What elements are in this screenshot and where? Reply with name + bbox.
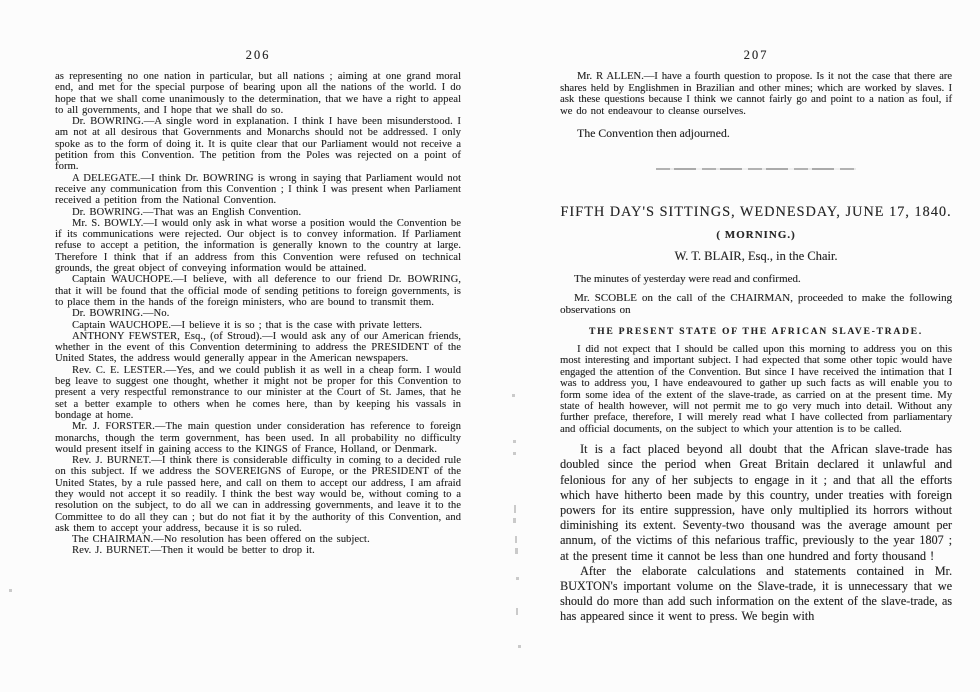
scan-artifact bbox=[518, 645, 521, 648]
scan-artifact bbox=[513, 452, 516, 455]
scan-artifact bbox=[514, 505, 516, 513]
scan-artifact bbox=[513, 518, 516, 523]
scan-artifact bbox=[9, 589, 12, 592]
adjournment-line: The Convention then adjourned. bbox=[560, 126, 952, 141]
speech-paragraph-burnet-2: Rev. J. BURNET.—Then it would be better … bbox=[55, 545, 461, 556]
scan-artifact bbox=[512, 394, 515, 397]
scan-artifact bbox=[516, 577, 519, 580]
speech-paragraph-fewster: ANTHONY FEWSTER, Esq., (of Stroud).—I wo… bbox=[55, 331, 461, 365]
speech-paragraph-chairman: The CHAIRMAN.—No resolution has been off… bbox=[55, 534, 461, 545]
scan-artifact bbox=[515, 548, 518, 554]
speech-paragraph-burnet-1: Rev. J. BURNET.—I think there is conside… bbox=[55, 455, 461, 534]
speech-paragraph-bowring-3: Dr. BOWRING.—No. bbox=[55, 308, 461, 319]
left-page: 206 as representing no one nation in par… bbox=[55, 48, 461, 557]
speech-paragraph-delegate: A DELEGATE.—I think Dr. BOWRING is wrong… bbox=[55, 173, 461, 207]
scoble-intro-line: Mr. SCOBLE on the call of the CHAIRMAN, … bbox=[560, 292, 952, 316]
minutes-line: The minutes of yesterday were read and c… bbox=[560, 273, 952, 285]
scan-artifact bbox=[515, 536, 517, 543]
speech-paragraph-bowring-2: Dr. BOWRING.—That was an English Convent… bbox=[55, 207, 461, 218]
speech-paragraph-bowring-1: Dr. BOWRING.—A single word in explanatio… bbox=[55, 116, 461, 172]
page-number-right: 207 bbox=[560, 48, 952, 62]
page-number-left: 206 bbox=[55, 48, 461, 62]
scoble-speech-paragraph-2: It is a fact placed beyond all doubt tha… bbox=[560, 442, 952, 564]
speech-paragraph-lester: Rev. C. E. LESTER.—Yes, and we could pub… bbox=[55, 365, 461, 421]
scan-artifact bbox=[513, 440, 516, 443]
session-time-label: ( MORNING.) bbox=[560, 229, 952, 241]
speech-paragraph-bowly: Mr. S. BOWLY.—I would only ask in what w… bbox=[55, 218, 461, 274]
section-divider-rule bbox=[656, 168, 856, 170]
speech-paragraph-wauchope-2: Captain WAUCHOPE.—I believe it is so ; t… bbox=[55, 320, 461, 331]
scoble-speech-paragraph-3: After the elaborate calculations and sta… bbox=[560, 564, 952, 625]
speech-paragraph-allen: Mr. R ALLEN.—I have a fourth question to… bbox=[560, 71, 952, 117]
scan-artifact bbox=[516, 608, 518, 615]
session-heading: FIFTH DAY'S SITTINGS, WEDNESDAY, JUNE 17… bbox=[560, 204, 952, 221]
chairman-line: W. T. BLAIR, Esq., in the Chair. bbox=[560, 249, 952, 264]
speech-paragraph-wauchope-1: Captain WAUCHOPE.—I believe, with all de… bbox=[55, 274, 461, 308]
speech-paragraph-forster: Mr. J. FORSTER.—The main question under … bbox=[55, 421, 461, 455]
topic-heading: THE PRESENT STATE OF THE AFRICAN SLAVE-T… bbox=[560, 327, 952, 337]
left-page-text: as representing no one nation in particu… bbox=[55, 71, 461, 557]
continuation-paragraph: as representing no one nation in particu… bbox=[55, 71, 461, 116]
scoble-speech-paragraph-1: I did not expect that I should be called… bbox=[560, 344, 952, 435]
book-scan: 206 as representing no one nation in par… bbox=[0, 0, 980, 692]
right-page: 207 Mr. R ALLEN.—I have a fourth questio… bbox=[560, 48, 952, 625]
